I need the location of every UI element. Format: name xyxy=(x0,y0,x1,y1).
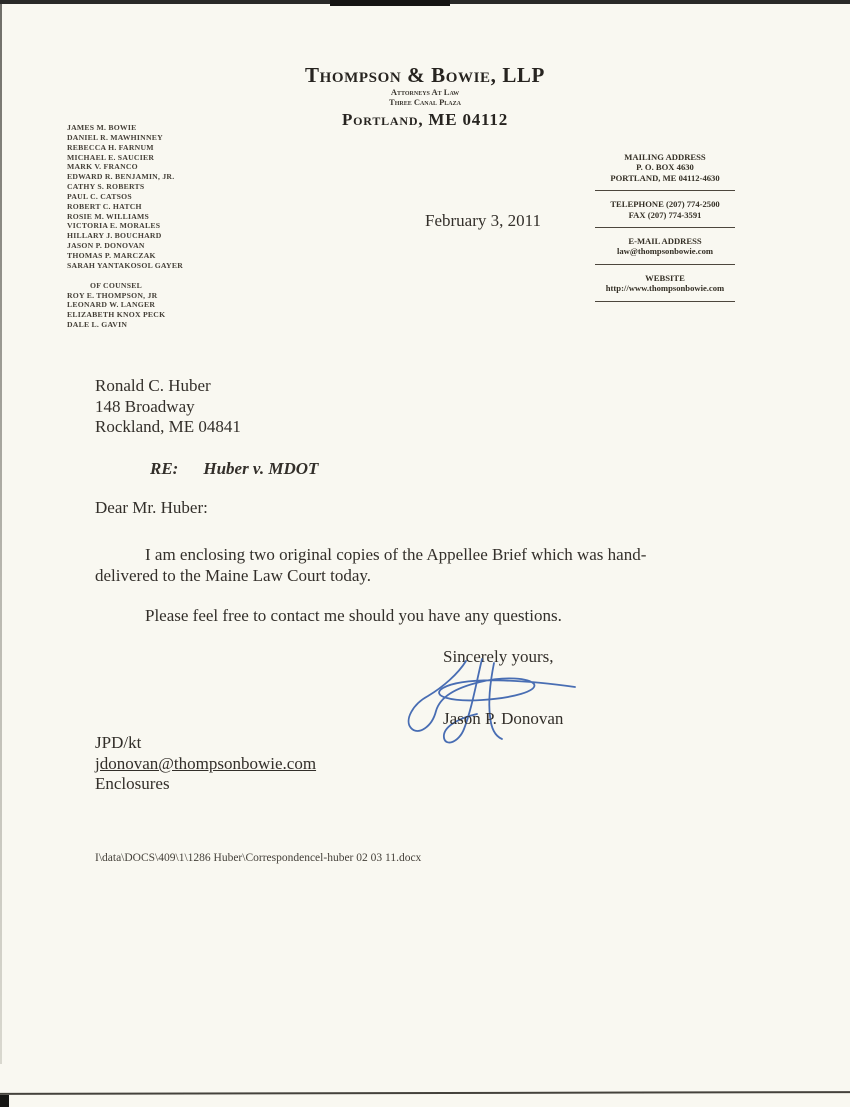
scan-edge-bottom xyxy=(0,1091,850,1095)
scan-corner-mark xyxy=(0,1095,9,1107)
signature-ink xyxy=(403,650,593,755)
website-label: WEBSITE xyxy=(593,273,737,283)
attorney-name: ROSIE M. WILLIAMS xyxy=(67,212,297,222)
attorney-name: JAMES M. BOWIE xyxy=(67,123,297,133)
re-value: Huber v. MDOT xyxy=(203,459,318,478)
enclosures-note: Enclosures xyxy=(95,774,316,795)
attorney-name: MARK V. FRANCO xyxy=(67,162,297,172)
scan-smudge xyxy=(330,0,450,6)
attorney-name: DANIEL R. MAWHINNEY xyxy=(67,133,297,143)
website-value: http://www.thompsonbowie.com xyxy=(593,283,737,293)
file-path: I\data\DOCS\409\1\1286 Huber\Corresponde… xyxy=(95,852,421,864)
attorney-name: EDWARD R. BENJAMIN, JR. xyxy=(67,172,297,182)
letter-date: February 3, 2011 xyxy=(425,211,541,231)
email-label: E-MAIL ADDRESS xyxy=(593,236,737,246)
mailing-address-label: MAILING ADDRESS xyxy=(593,152,737,162)
attorney-name: JASON P. DONOVAN xyxy=(67,241,297,251)
re-label: RE: xyxy=(150,459,178,478)
telephone-line: TELEPHONE (207) 774-2500 xyxy=(593,199,737,209)
fax-line: FAX (207) 774-3591 xyxy=(593,210,737,220)
email-value: law@thompsonbowie.com xyxy=(593,246,737,256)
recipient-address: Ronald C. Huber 148 Broadway Rockland, M… xyxy=(95,376,241,438)
of-counsel-label: OF COUNSEL xyxy=(67,281,297,291)
firm-name: Thompson & Bowie, LLP xyxy=(0,63,850,88)
of-counsel-name: DALE L. GAVIN xyxy=(67,320,297,330)
recipient-street: 148 Broadway xyxy=(95,397,241,418)
of-counsel-list: ROY E. THOMPSON, JRLEONARD W. LANGERELIZ… xyxy=(67,291,297,330)
attorney-name: MICHAEL E. SAUCIER xyxy=(67,153,297,163)
body-p1-line1: I am enclosing two original copies of th… xyxy=(95,544,695,565)
body-p1-line2: delivered to the Maine Law Court today. xyxy=(95,565,695,586)
sender-email: jdonovan@thompsonbowie.com xyxy=(95,754,316,775)
attorney-name: THOMAS P. MARCZAK xyxy=(67,251,297,261)
scan-edge-left xyxy=(0,4,2,1064)
body-paragraph-1: I am enclosing two original copies of th… xyxy=(95,544,695,586)
attorney-name: VICTORIA E. MORALES xyxy=(67,221,297,231)
reference-initials: JPD/kt xyxy=(95,733,316,754)
divider xyxy=(595,264,735,265)
recipient-name: Ronald C. Huber xyxy=(95,376,241,397)
signer-name: Jason P. Donovan xyxy=(443,709,563,729)
attorney-name: PAUL C. CATSOS xyxy=(67,192,297,202)
salutation: Dear Mr. Huber: xyxy=(95,498,208,518)
attorney-name: ROBERT C. HATCH xyxy=(67,202,297,212)
firm-address: Three Canal Plaza xyxy=(0,98,850,108)
re-line: RE:Huber v. MDOT xyxy=(150,459,318,479)
mailing-address-line2: PORTLAND, ME 04112-4630 xyxy=(593,173,737,183)
divider xyxy=(595,301,735,302)
divider xyxy=(595,190,735,191)
of-counsel-name: ELIZABETH KNOX PECK xyxy=(67,310,297,320)
reference-block: JPD/kt jdonovan@thompsonbowie.com Enclos… xyxy=(95,733,316,795)
contact-block: MAILING ADDRESS P. O. BOX 4630 PORTLAND,… xyxy=(593,152,737,310)
attorney-name: REBECCA H. FARNUM xyxy=(67,143,297,153)
attorney-name: SARAH YANTAKOSOL GAYER xyxy=(67,261,297,271)
of-counsel-name: LEONARD W. LANGER xyxy=(67,300,297,310)
attorney-roster: JAMES M. BOWIEDANIEL R. MAWHINNEYREBECCA… xyxy=(67,123,297,330)
body-paragraph-2: Please feel free to contact me should yo… xyxy=(95,606,562,626)
of-counsel-name: ROY E. THOMPSON, JR xyxy=(67,291,297,301)
attorney-list: JAMES M. BOWIEDANIEL R. MAWHINNEYREBECCA… xyxy=(67,123,297,271)
mailing-address-line1: P. O. BOX 4630 xyxy=(593,162,737,172)
letterhead: Thompson & Bowie, LLP Attorneys At Law T… xyxy=(0,63,850,130)
divider xyxy=(595,227,735,228)
scanned-letter-page: Thompson & Bowie, LLP Attorneys At Law T… xyxy=(0,0,850,1107)
recipient-city: Rockland, ME 04841 xyxy=(95,417,241,438)
attorney-name: CATHY S. ROBERTS xyxy=(67,182,297,192)
attorney-name: HILLARY J. BOUCHARD xyxy=(67,231,297,241)
